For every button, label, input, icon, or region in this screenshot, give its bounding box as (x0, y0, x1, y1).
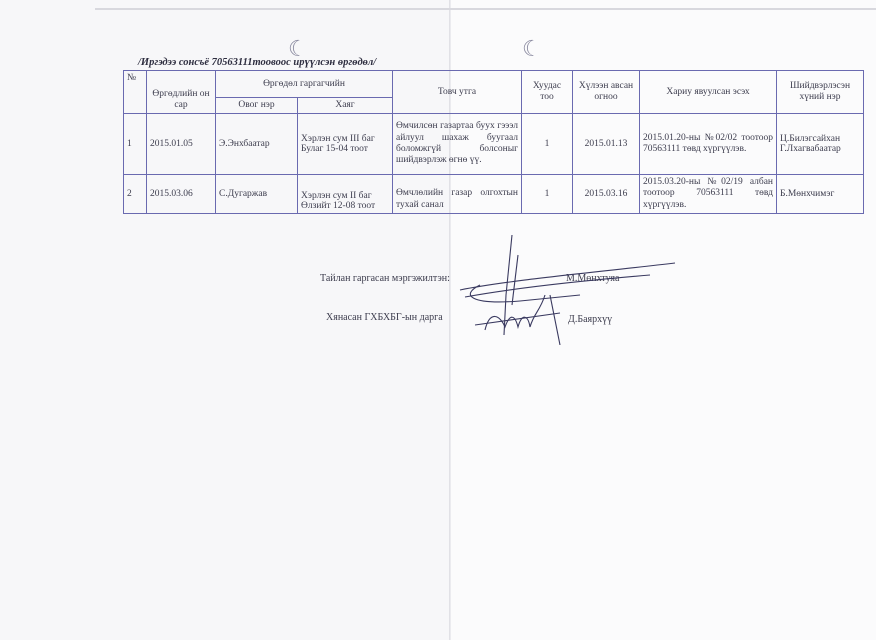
paper-edge (95, 8, 876, 10)
cell-received: 2015.03.16 (573, 174, 640, 213)
cell-number: 2 (124, 174, 147, 213)
table-row: 1 2015.01.05 Э.Энхбаатар Хэрлэн сум III … (124, 113, 864, 174)
cell-name: С.Дугаржав (216, 174, 298, 213)
cell-pages: 1 (522, 174, 573, 213)
cell-pages: 1 (522, 113, 573, 174)
applications-table: № Өргөдлийн он сар Өргөдөл гаргагчийн То… (123, 70, 864, 214)
cell-resolver: Б.Мөнхчимэг (777, 174, 864, 213)
header-received: Хүлээн авсан огноо (573, 71, 640, 114)
table-row: 2 2015.03.06 С.Дугаржав Хэрлэн сум II ба… (124, 174, 864, 213)
cell-number: 1 (124, 113, 147, 174)
header-reply: Хариу явуулсан эсэх (640, 71, 777, 114)
cell-received: 2015.01.13 (573, 113, 640, 174)
punch-hole-icon: ☾ (522, 36, 542, 62)
header-resolver: Шийдвэрлэсэн хүний нэр (777, 71, 864, 114)
document-title: /Иргэдээ сонсъё 70563111тоовоос ирүүлсэн… (138, 57, 376, 68)
header-number: № (124, 71, 147, 114)
cell-summary: Өмчилсөн газартаа буух гэээл айлуул шаха… (393, 113, 522, 174)
cell-reply: 2015.01.20-ны №02/02 тоотоор 70563111 тө… (640, 113, 777, 174)
header-name: Овог нэр (216, 98, 298, 114)
header-applicant: Өргөдөл гаргагчийн (216, 71, 393, 98)
header-summary: Товч утга (393, 71, 522, 114)
cell-address: Хэрлэн сум III баг Булаг 15-04 тоот (298, 113, 393, 174)
header-address: Хаяг (298, 98, 393, 114)
header-date: Өргөдлийн он сар (147, 71, 216, 114)
handwritten-signature-icon (420, 235, 680, 345)
cell-summary: Өмчлөлийн газар олгохтын тухай санал (393, 174, 522, 213)
header-pages: Хуудас тоо (522, 71, 573, 114)
cell-date: 2015.03.06 (147, 174, 216, 213)
cell-reply: 2015.03.20-ны №02/19 албан тоотоор 70563… (640, 174, 777, 213)
cell-name: Э.Энхбаатар (216, 113, 298, 174)
cell-date: 2015.01.05 (147, 113, 216, 174)
cell-address: Хэрлэн сум II баг Өлзийт 12-08 тоот (298, 174, 393, 213)
cell-resolver: Ц.Билэгсайхан Г.Лхагвабаатар (777, 113, 864, 174)
